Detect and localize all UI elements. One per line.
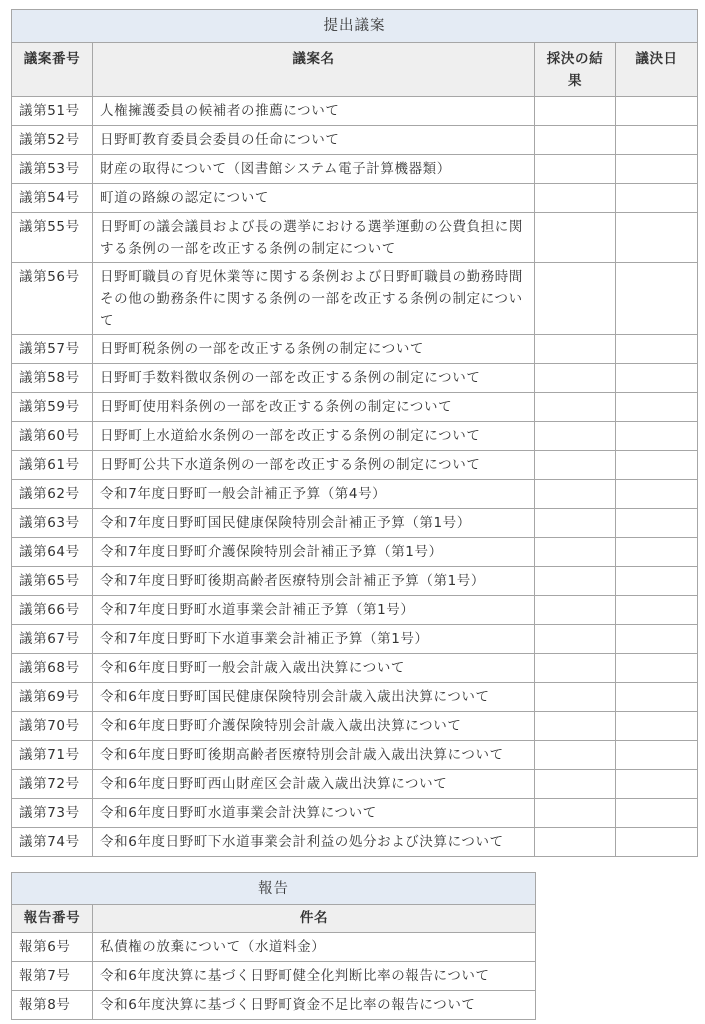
cell-date: [616, 828, 698, 857]
table-row: 議第52号日野町教育委員会委員の任命について: [12, 126, 698, 155]
table-row: 議第64号令和7年度日野町介護保険特別会計補正予算（第1号）: [12, 538, 698, 567]
cell-number: 議第68号: [12, 654, 93, 683]
cell-result: [535, 509, 616, 538]
cell-name: 日野町教育委員会委員の任命について: [93, 126, 535, 155]
header-row: 報告番号 件名: [12, 905, 536, 933]
cell-date: [616, 538, 698, 567]
cell-number: 議第63号: [12, 509, 93, 538]
cell-name: 日野町公共下水道条例の一部を改正する条例の制定について: [93, 451, 535, 480]
cell-number: 議第51号: [12, 97, 93, 126]
proposals-table: 提出議案 議案番号 議案名 採決の結果 議決日 議第51号人権擁護委員の候補者の…: [11, 9, 698, 857]
cell-date: [616, 770, 698, 799]
cell-name: 令和7年度日野町後期高齢者医療特別会計補正予算（第1号）: [93, 567, 535, 596]
cell-name: 私債権の放棄について（水道料金）: [93, 933, 536, 962]
cell-name: 令和6年度日野町一般会計歳入歳出決算について: [93, 654, 535, 683]
header-number: 報告番号: [12, 905, 93, 933]
cell-number: 報第6号: [12, 933, 93, 962]
cell-date: [616, 126, 698, 155]
table-row: 議第58号日野町手数料徴収条例の一部を改正する条例の制定について: [12, 364, 698, 393]
table-row: 議第70号令和6年度日野町介護保険特別会計歳入歳出決算について: [12, 712, 698, 741]
cell-result: [535, 126, 616, 155]
cell-number: 議第58号: [12, 364, 93, 393]
cell-date: [616, 741, 698, 770]
cell-date: [616, 263, 698, 335]
cell-result: [535, 596, 616, 625]
caption-row: 提出議案: [12, 10, 698, 43]
table-row: 議第69号令和6年度日野町国民健康保険特別会計歳入歳出決算について: [12, 683, 698, 712]
cell-result: [535, 213, 616, 263]
cell-number: 議第54号: [12, 184, 93, 213]
table-row: 議第57号日野町税条例の一部を改正する条例の制定について: [12, 335, 698, 364]
cell-number: 議第61号: [12, 451, 93, 480]
cell-number: 議第55号: [12, 213, 93, 263]
cell-number: 議第65号: [12, 567, 93, 596]
cell-name: 令和6年度日野町国民健康保険特別会計歳入歳出決算について: [93, 683, 535, 712]
table-row: 議第62号令和7年度日野町一般会計補正予算（第4号）: [12, 480, 698, 509]
cell-name: 日野町手数料徴収条例の一部を改正する条例の制定について: [93, 364, 535, 393]
cell-result: [535, 422, 616, 451]
cell-number: 議第56号: [12, 263, 93, 335]
table-caption: 報告: [12, 873, 536, 905]
cell-name: 令和6年度決算に基づく日野町資金不足比率の報告について: [93, 991, 536, 1020]
cell-name: 令和6年度決算に基づく日野町健全化判断比率の報告について: [93, 962, 536, 991]
table-row: 議第54号町道の路線の認定について: [12, 184, 698, 213]
cell-date: [616, 364, 698, 393]
cell-name: 令和6年度日野町介護保険特別会計歳入歳出決算について: [93, 712, 535, 741]
cell-name: 町道の路線の認定について: [93, 184, 535, 213]
table-row: 議第63号令和7年度日野町国民健康保険特別会計補正予算（第1号）: [12, 509, 698, 538]
cell-name: 令和6年度日野町後期高齢者医療特別会計歳入歳出決算について: [93, 741, 535, 770]
cell-number: 議第52号: [12, 126, 93, 155]
cell-date: [616, 712, 698, 741]
cell-date: [616, 155, 698, 184]
cell-result: [535, 335, 616, 364]
cell-name: 日野町職員の育児休業等に関する条例および日野町職員の勤務時間その他の勤務条件に関…: [93, 263, 535, 335]
cell-number: 議第73号: [12, 799, 93, 828]
cell-name: 令和6年度日野町西山財産区会計歳入歳出決算について: [93, 770, 535, 799]
cell-name: 令和7年度日野町介護保険特別会計補正予算（第1号）: [93, 538, 535, 567]
cell-date: [616, 184, 698, 213]
cell-result: [535, 451, 616, 480]
table-row: 議第61号日野町公共下水道条例の一部を改正する条例の制定について: [12, 451, 698, 480]
table-row: 報第6号私債権の放棄について（水道料金）: [12, 933, 536, 962]
cell-result: [535, 480, 616, 509]
cell-date: [616, 567, 698, 596]
table-row: 議第53号財産の取得について（図書館システム電子計算機器類）: [12, 155, 698, 184]
table-row: 報第8号令和6年度決算に基づく日野町資金不足比率の報告について: [12, 991, 536, 1020]
cell-number: 議第67号: [12, 625, 93, 654]
header-result: 採決の結果: [535, 43, 616, 97]
table-row: 報第7号令和6年度決算に基づく日野町健全化判断比率の報告について: [12, 962, 536, 991]
table-row: 議第72号令和6年度日野町西山財産区会計歳入歳出決算について: [12, 770, 698, 799]
cell-date: [616, 451, 698, 480]
table-row: 議第51号人権擁護委員の候補者の推薦について: [12, 97, 698, 126]
caption-row: 報告: [12, 873, 536, 905]
cell-name: 令和7年度日野町国民健康保険特別会計補正予算（第1号）: [93, 509, 535, 538]
cell-number: 報第7号: [12, 962, 93, 991]
cell-name: 日野町使用料条例の一部を改正する条例の制定について: [93, 393, 535, 422]
header-date: 議決日: [616, 43, 698, 97]
cell-number: 議第57号: [12, 335, 93, 364]
header-row: 議案番号 議案名 採決の結果 議決日: [12, 43, 698, 97]
table-row: 議第59号日野町使用料条例の一部を改正する条例の制定について: [12, 393, 698, 422]
table-row: 議第66号令和7年度日野町水道事業会計補正予算（第1号）: [12, 596, 698, 625]
table-row: 議第67号令和7年度日野町下水道事業会計補正予算（第1号）: [12, 625, 698, 654]
table-row: 議第60号日野町上水道給水条例の一部を改正する条例の制定について: [12, 422, 698, 451]
cell-number: 議第59号: [12, 393, 93, 422]
cell-result: [535, 799, 616, 828]
table-row: 議第71号令和6年度日野町後期高齢者医療特別会計歳入歳出決算について: [12, 741, 698, 770]
header-number: 議案番号: [12, 43, 93, 97]
table-row: 議第73号令和6年度日野町水道事業会計決算について: [12, 799, 698, 828]
cell-result: [535, 654, 616, 683]
cell-date: [616, 799, 698, 828]
cell-result: [535, 741, 616, 770]
cell-date: [616, 213, 698, 263]
cell-date: [616, 480, 698, 509]
cell-number: 議第62号: [12, 480, 93, 509]
cell-result: [535, 393, 616, 422]
cell-date: [616, 654, 698, 683]
cell-result: [535, 567, 616, 596]
table-caption: 提出議案: [12, 10, 698, 43]
cell-name: 日野町の議会議員および長の選挙における選挙運動の公費負担に関する条例の一部を改正…: [93, 213, 535, 263]
table-row: 議第65号令和7年度日野町後期高齢者医療特別会計補正予算（第1号）: [12, 567, 698, 596]
cell-result: [535, 625, 616, 654]
cell-name: 令和7年度日野町一般会計補正予算（第4号）: [93, 480, 535, 509]
cell-result: [535, 184, 616, 213]
cell-result: [535, 538, 616, 567]
cell-date: [616, 625, 698, 654]
cell-number: 議第74号: [12, 828, 93, 857]
cell-result: [535, 155, 616, 184]
cell-date: [616, 335, 698, 364]
cell-number: 議第53号: [12, 155, 93, 184]
cell-result: [535, 828, 616, 857]
cell-date: [616, 683, 698, 712]
cell-name: 人権擁護委員の候補者の推薦について: [93, 97, 535, 126]
cell-number: 議第70号: [12, 712, 93, 741]
cell-name: 日野町税条例の一部を改正する条例の制定について: [93, 335, 535, 364]
cell-date: [616, 596, 698, 625]
cell-result: [535, 364, 616, 393]
cell-number: 議第71号: [12, 741, 93, 770]
cell-date: [616, 393, 698, 422]
cell-name: 令和7年度日野町水道事業会計補正予算（第1号）: [93, 596, 535, 625]
header-name: 件名: [93, 905, 536, 933]
cell-name: 日野町上水道給水条例の一部を改正する条例の制定について: [93, 422, 535, 451]
table-row: 議第74号令和6年度日野町下水道事業会計利益の処分および決算について: [12, 828, 698, 857]
cell-result: [535, 97, 616, 126]
cell-date: [616, 422, 698, 451]
cell-number: 議第69号: [12, 683, 93, 712]
cell-number: 議第72号: [12, 770, 93, 799]
cell-name: 令和7年度日野町下水道事業会計補正予算（第1号）: [93, 625, 535, 654]
cell-name: 令和6年度日野町水道事業会計決算について: [93, 799, 535, 828]
header-name: 議案名: [93, 43, 535, 97]
cell-result: [535, 712, 616, 741]
cell-number: 議第64号: [12, 538, 93, 567]
table-row: 議第55号日野町の議会議員および長の選挙における選挙運動の公費負担に関する条例の…: [12, 213, 698, 263]
cell-date: [616, 509, 698, 538]
cell-name: 財産の取得について（図書館システム電子計算機器類）: [93, 155, 535, 184]
cell-number: 報第8号: [12, 991, 93, 1020]
cell-name: 令和6年度日野町下水道事業会計利益の処分および決算について: [93, 828, 535, 857]
cell-number: 議第60号: [12, 422, 93, 451]
cell-result: [535, 263, 616, 335]
cell-result: [535, 683, 616, 712]
cell-number: 議第66号: [12, 596, 93, 625]
table-row: 議第56号日野町職員の育児休業等に関する条例および日野町職員の勤務時間その他の勤…: [12, 263, 698, 335]
cell-result: [535, 770, 616, 799]
table-row: 議第68号令和6年度日野町一般会計歳入歳出決算について: [12, 654, 698, 683]
cell-date: [616, 97, 698, 126]
reports-table: 報告 報告番号 件名 報第6号私債権の放棄について（水道料金）報第7号令和6年度…: [11, 872, 536, 1020]
